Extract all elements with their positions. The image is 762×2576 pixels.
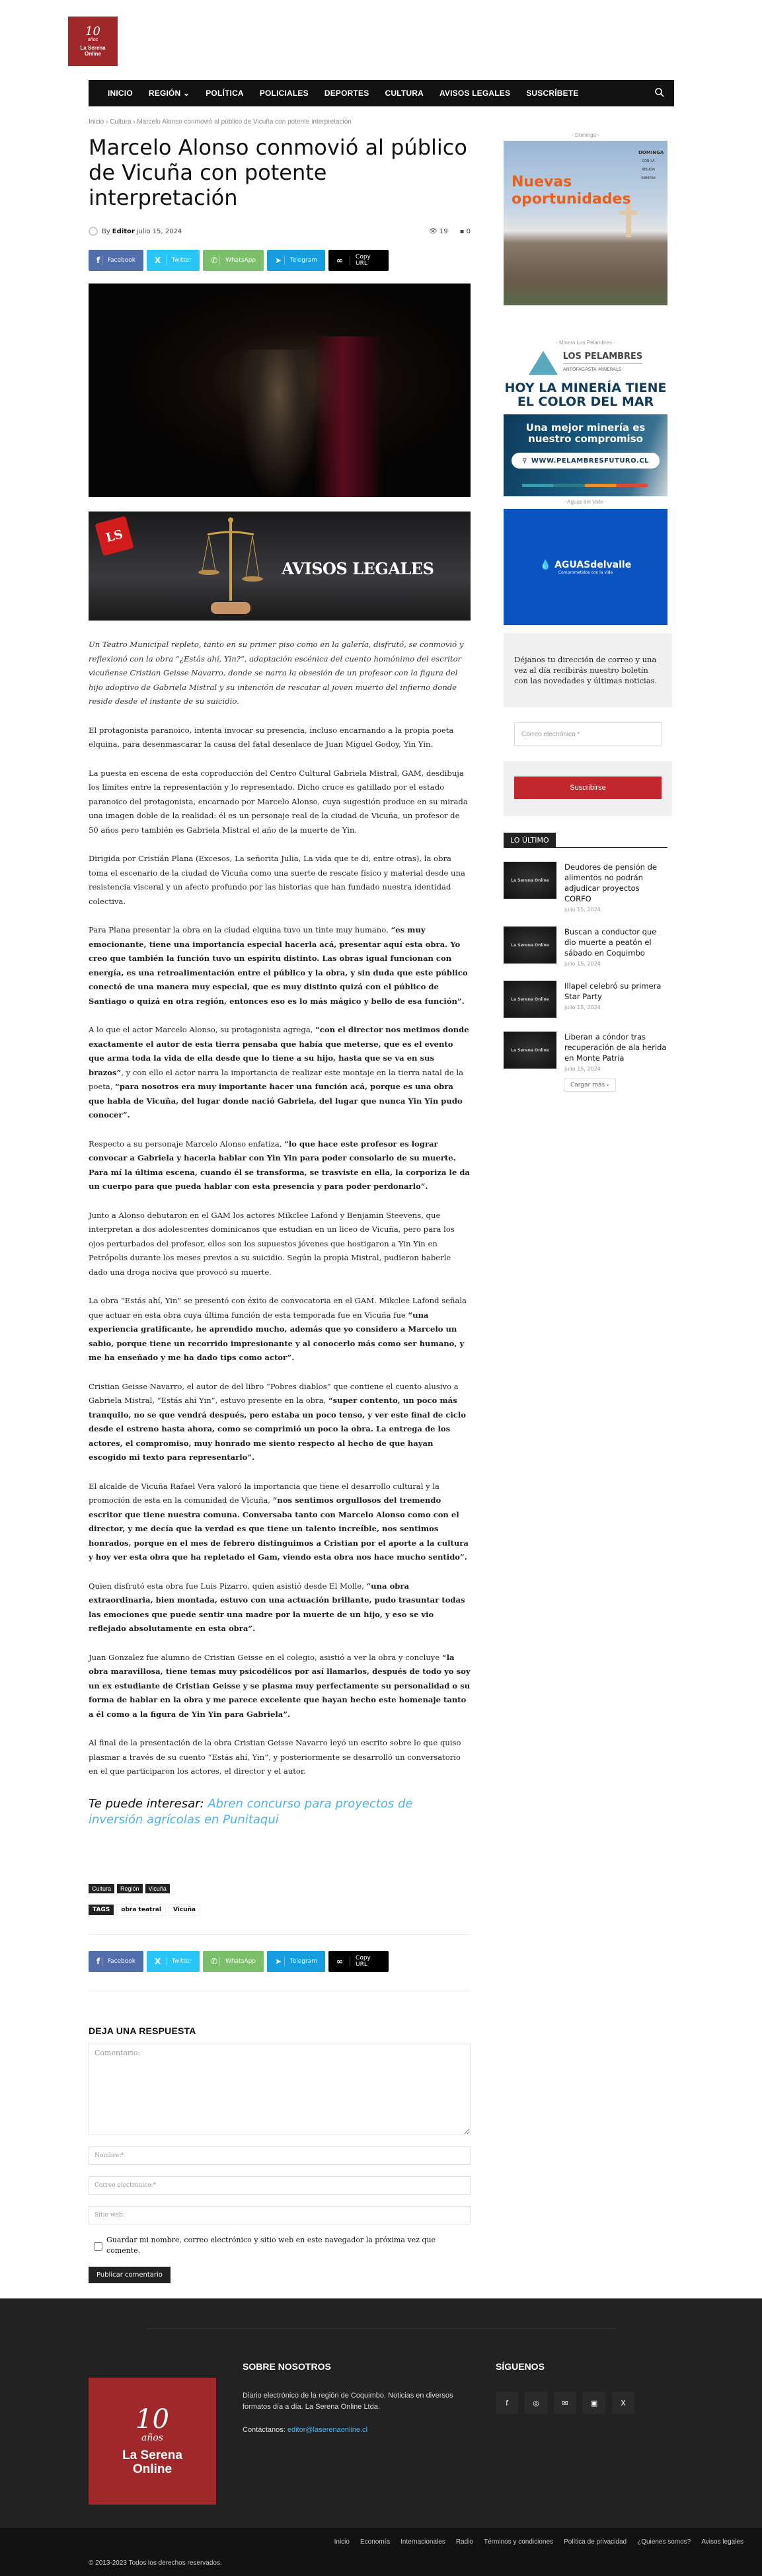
thumbnail[interactable]: La Serena Online (504, 862, 556, 899)
ls-stamp-icon: LS (95, 516, 133, 556)
article-body: Un Teatro Municipal repleto, tanto en su… (89, 638, 471, 1779)
nav-politica[interactable]: POLÍTICA (206, 89, 244, 98)
share-telegram-button[interactable]: ➤Telegram (267, 250, 325, 271)
paragraph: A lo que el actor Marcelo Alonso, su pro… (89, 1023, 471, 1123)
share-whatsapp-button[interactable]: ✆WhatsApp (203, 1951, 264, 1972)
share-whatsapp-button[interactable]: ✆WhatsApp (203, 250, 264, 271)
latest-news: LO ÚLTIMO La Serena Online Deudores de p… (504, 833, 667, 1092)
thumbnail[interactable]: La Serena Online (504, 927, 556, 964)
views-count: 👁 19 (429, 228, 448, 235)
search-icon[interactable] (654, 87, 665, 98)
x-icon[interactable]: X (612, 2392, 634, 2414)
footer-logo[interactable]: 10 años La Serena Online (89, 2378, 216, 2505)
facebook-icon: f (96, 256, 102, 265)
whatsapp-icon: ✆ (211, 1957, 220, 1966)
contact-email-link[interactable]: editor@laserenaonline.cl (287, 2426, 367, 2434)
nav-cultura[interactable]: CULTURA (385, 89, 424, 98)
article-title: Marcelo Alonso conmovió al público de Vi… (89, 135, 471, 210)
newsletter-email-input[interactable] (514, 722, 662, 746)
comment-form-title: DEJA UNA RESPUESTA (89, 2026, 471, 2036)
eye-icon: 👁 (429, 228, 438, 235)
copy-url-button[interactable]: ∞Copy URL (328, 250, 389, 271)
paragraph: El alcalde de Vicuña Rafael Vera valoró … (89, 1480, 471, 1565)
scale-of-justice-icon (194, 515, 267, 617)
about-section: SOBRE NOSOTROS Diario electrónico de la … (243, 2361, 467, 2436)
x-icon: X (155, 1957, 167, 1966)
divider (89, 1990, 471, 1991)
paragraph: El protagonista paranoico, intenta invoc… (89, 724, 471, 752)
author-name[interactable]: Editor (112, 228, 135, 235)
telegram-icon: ➤ (275, 1957, 285, 1966)
comment-form: DEJA UNA RESPUESTA Guardar mi nombre, co… (89, 2026, 471, 2283)
mail-icon[interactable]: ✉ (554, 2392, 576, 2414)
share-telegram-button[interactable]: ➤Telegram (267, 1951, 325, 1972)
name-field[interactable] (89, 2146, 471, 2165)
dominga-ad[interactable]: Nuevasoportunidades DOMINGACON LA REGIÓN… (504, 141, 667, 305)
pelambres-ad[interactable]: - Minera Los Pelambres - LOS PELAMBRESAN… (504, 340, 667, 496)
paragraph: Al final de la presentación de la obra C… (89, 1736, 471, 1779)
nav-avisos-legales[interactable]: AVISOS LEGALES (439, 89, 510, 98)
related-article: Te puede interesar: Abren concurso para … (89, 1796, 471, 1828)
dominga-logo: DOMINGACON LA REGIÓN SIEMPRE (638, 149, 658, 182)
newsletter-box: Déjanos tu dirección de correo y una vez… (504, 633, 672, 816)
paragraph: Juan Gonzalez fue alumno de Cristian Gei… (89, 1651, 471, 1722)
nav-suscribete[interactable]: SUSCRÍBETE (526, 89, 578, 98)
save-info-checkbox[interactable] (94, 2237, 102, 2256)
latest-item[interactable]: La Serena Online Buscan a conductor que … (504, 927, 667, 967)
nav-policiales[interactable]: POLICIALES (260, 89, 309, 98)
footer-link-internacionales[interactable]: Internacionales (400, 2538, 445, 2546)
publish-date: julio 15, 2024 (137, 228, 182, 235)
twitch-icon[interactable]: ▣ (583, 2392, 605, 2414)
subscribe-button[interactable]: Suscribirse (514, 777, 662, 799)
copy-url-button[interactable]: ∞Copy URL (328, 1951, 389, 1972)
aguas-del-valle-ad[interactable]: 💧 AGUASdelvalle Comprometidos con la vid… (504, 509, 667, 625)
mountain-icon (529, 351, 558, 375)
instagram-icon[interactable]: ◎ (525, 2392, 547, 2414)
website-field[interactable] (89, 2206, 471, 2224)
nav-inicio[interactable]: INICIO (108, 89, 133, 98)
x-icon: X (155, 256, 167, 265)
paragraph: Respecto a su personaje Marcelo Alonso e… (89, 1137, 471, 1194)
header: 10 años La Serena Online (0, 0, 762, 83)
author-avatar (89, 227, 98, 236)
footer-link-radio[interactable]: Radio (456, 2538, 473, 2546)
footer-link-quienes-somos[interactable]: ¿Quienes somos? (637, 2538, 691, 2546)
cross-monument (626, 204, 631, 237)
telegram-icon: ➤ (275, 256, 285, 265)
latest-item[interactable]: La Serena Online Liberan a cóndor tras r… (504, 1032, 667, 1072)
thumbnail[interactable]: La Serena Online (504, 1032, 556, 1069)
latest-item[interactable]: La Serena Online Deudores de pensión de … (504, 862, 667, 913)
paragraph: La obra “Estás ahí, Yin” se presentó con… (89, 1294, 471, 1365)
sub-footer: Inicio Economía Internacionales Radio Té… (0, 2528, 762, 2576)
sidebar: - Dominga - Nuevasoportunidades DOMINGAC… (504, 132, 667, 1092)
email-field[interactable] (89, 2176, 471, 2195)
water-drop-icon: 💧 (540, 560, 551, 570)
footer-link-avisos-legales[interactable]: Avisos legales (701, 2538, 743, 2546)
share-bar-bottom: fFacebook XTwitter ✆WhatsApp ➤Telegram ∞… (89, 1951, 471, 1972)
category-vicuna[interactable]: Vicuña (145, 1884, 170, 1893)
breadcrumb[interactable]: Inicio › Cultura › Marcelo Alonso conmov… (89, 118, 352, 126)
paragraph: Dirigida por Cristián Plana (Excesos, La… (89, 852, 471, 909)
paragraph: Para Plana presentar la obra en la ciuda… (89, 923, 471, 1008)
divider (147, 2328, 616, 2329)
share-facebook-button[interactable]: fFacebook (89, 1951, 143, 1972)
tags-label: TAGS (89, 1905, 114, 1915)
ad-label: - Aguas del Valle - (504, 499, 667, 505)
thumbnail[interactable]: La Serena Online (504, 981, 556, 1018)
featured-image (89, 284, 471, 497)
paragraph: La puesta en escena de esta coproducción… (89, 767, 471, 838)
avisos-legales-banner[interactable]: LS AVISOS LEGALES (89, 511, 471, 621)
article: Marcelo Alonso conmovió al público de Vi… (89, 132, 471, 2283)
latest-title: LO ÚLTIMO (504, 833, 556, 847)
footer-link-terminos[interactable]: Términos y condiciones (484, 2538, 553, 2546)
share-bar-top: fFacebook XTwitter ✆WhatsApp ➤Telegram ∞… (89, 250, 471, 271)
main-nav: INICIO REGIÓN ⌄ POLÍTICA POLICIALES DEPO… (89, 80, 674, 106)
link-icon: ∞ (336, 1957, 350, 1966)
footer-links: Inicio Economía Internacionales Radio Té… (334, 2538, 743, 2546)
search-icon: ⚲ (522, 455, 527, 467)
tag-vicuna[interactable]: Vicuña (169, 1904, 200, 1916)
load-more-button[interactable]: Cargar más › (564, 1079, 616, 1092)
paragraph: Junto a Alonso debutaron en el GAM los a… (89, 1209, 471, 1280)
share-twitter-button[interactable]: XTwitter (147, 1951, 200, 1972)
article-meta: By Editor julio 15, 2024 👁 19 ▪ 0 (89, 225, 471, 238)
link-icon: ∞ (336, 256, 350, 265)
share-facebook-button[interactable]: fFacebook (89, 250, 143, 271)
pelambres-logo: LOS PELAMBRESANTOFAGASTA MINERALS (504, 351, 667, 375)
comments-count[interactable]: ▪ 0 (460, 228, 471, 235)
share-twitter-button[interactable]: XTwitter (147, 250, 200, 271)
category-cultura[interactable]: Cultura (89, 1884, 114, 1893)
nav-region[interactable]: REGIÓN ⌄ (149, 89, 190, 98)
follow-section: SÍGUENOS f ◎ ✉ ▣ X (496, 2361, 634, 2414)
category-region[interactable]: Región (117, 1884, 143, 1893)
divider (89, 1934, 471, 1935)
footer: 10 años La Serena Online SOBRE NOSOTROS … (0, 2298, 762, 2528)
paragraph: Cristian Geisse Navarro, el autor de del… (89, 1380, 471, 1465)
save-info-checkbox-label[interactable]: Guardar mi nombre, correo electrónico y … (89, 2235, 471, 2256)
nav-deportes[interactable]: DEPORTES (324, 89, 369, 98)
whatsapp-icon: ✆ (211, 256, 220, 265)
category-list: Cultura Región Vicuña (89, 1884, 471, 1893)
comment-icon: ▪ (460, 228, 465, 235)
ad-label: - Dominga - (504, 132, 667, 138)
tag-obra-teatral[interactable]: obra teatral (116, 1904, 166, 1916)
comment-textarea[interactable] (89, 2043, 471, 2135)
copyright: © 2013-2023 Todos los derechos reservado… (89, 2559, 222, 2567)
newsletter-text: Déjanos tu dirección de correo y una vez… (514, 654, 662, 686)
footer-link-privacidad[interactable]: Política de privacidad (564, 2538, 627, 2546)
footer-link-economia[interactable]: Economía (360, 2538, 390, 2546)
article-lead: Un Teatro Municipal repleto, tanto en su… (89, 638, 471, 709)
paragraph: Quien disfrutó esta obra fue Luis Pizarr… (89, 1579, 471, 1636)
publish-comment-button[interactable]: Publicar comentario (89, 2267, 171, 2283)
site-logo[interactable]: 10 años La Serena Online (68, 17, 118, 66)
tag-list: TAGS obra teatral Vicuña (89, 1904, 471, 1916)
latest-item[interactable]: La Serena Online Illapel celebró su prim… (504, 981, 667, 1018)
footer-link-inicio[interactable]: Inicio (334, 2538, 350, 2546)
facebook-icon[interactable]: f (496, 2392, 518, 2414)
facebook-icon: f (96, 1957, 102, 1966)
